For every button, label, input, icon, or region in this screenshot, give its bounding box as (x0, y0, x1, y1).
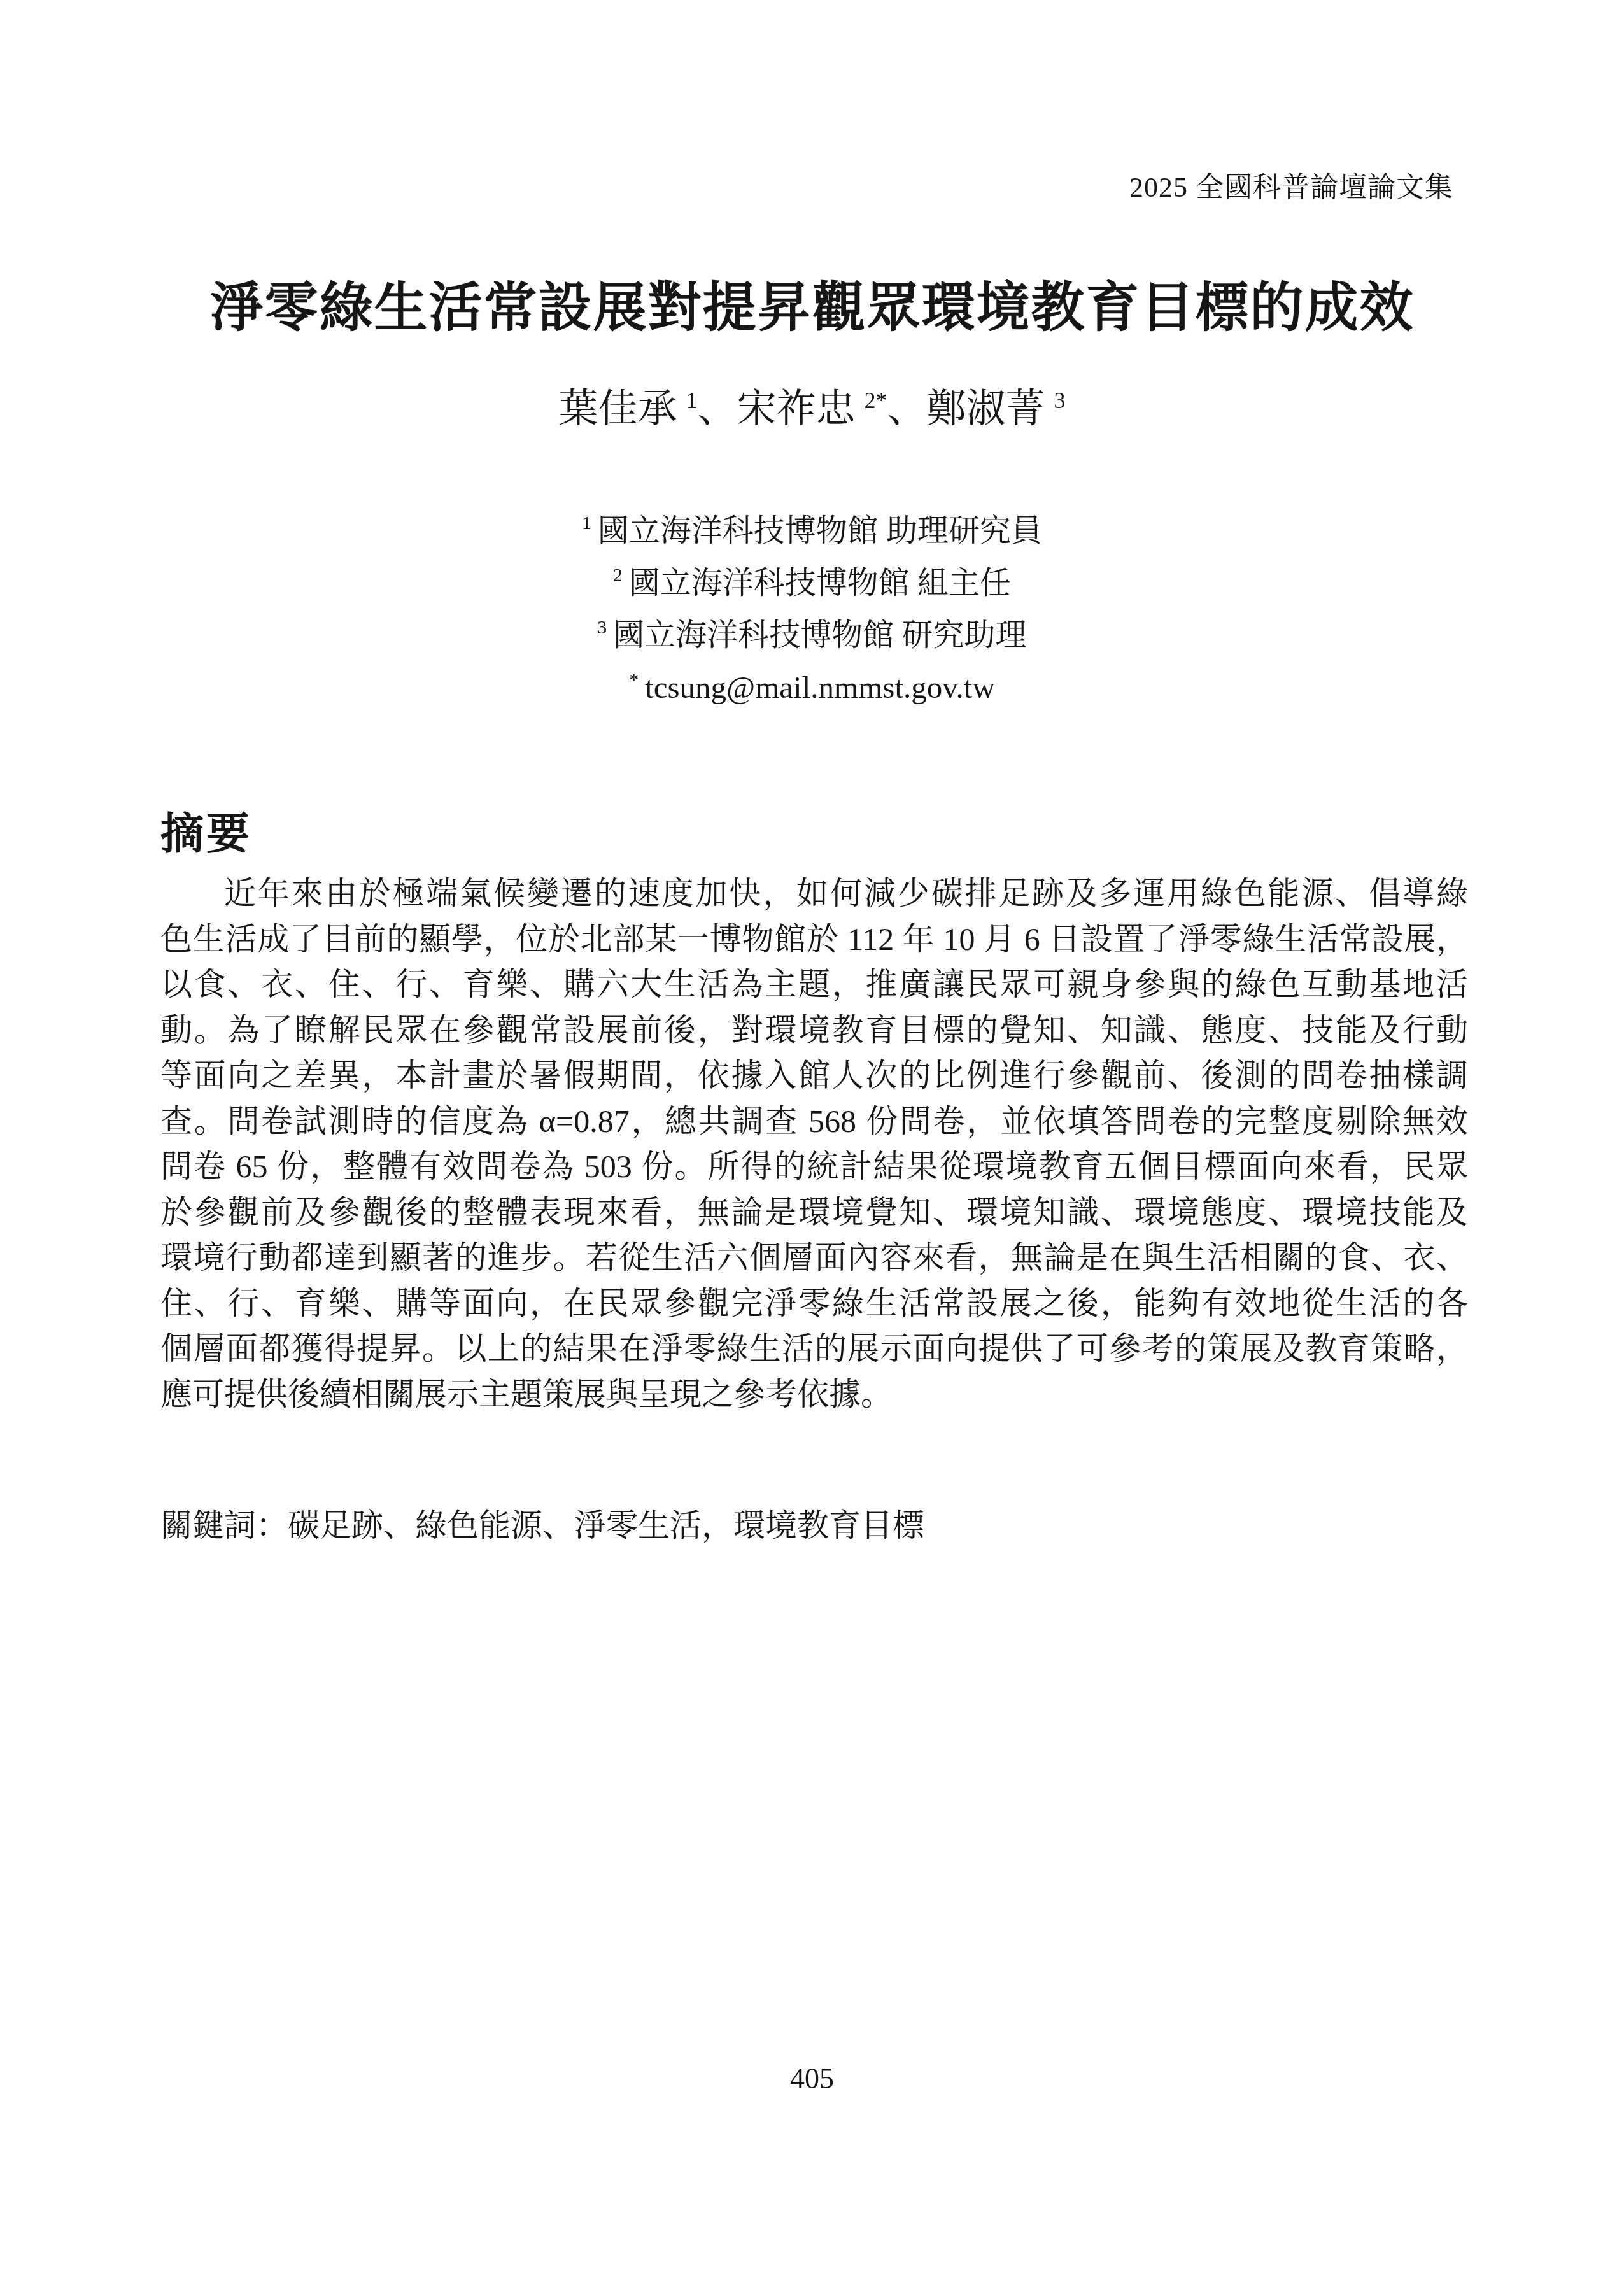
affiliations-block: 1國立海洋科技博物館 助理研究員 2國立海洋科技博物館 組主任 3國立海洋科技博… (0, 507, 1624, 716)
abstract-line: 近年來由於極端氣候變遷的速度加快，如何減少碳排足跡及多運用綠色能源、倡導綠 (160, 871, 1468, 917)
authors-line: 葉佳承1、宋祚忠2*、鄭淑菁3 (0, 377, 1624, 434)
paper-title: 淨零綠生活常設展對提昇觀眾環境教育目標的成效 (0, 265, 1624, 342)
abstract-line: 色生活成了目前的顯學，位於北部某一博物館於 112 年 10 月 6 日設置了淨… (160, 917, 1468, 963)
abstract-line: 問卷 65 份，整體有效問卷為 503 份。所得的統計結果從環境教育五個目標面向… (160, 1144, 1468, 1190)
author-separator: 、 (887, 388, 927, 431)
affiliation-marker: 3 (597, 617, 607, 638)
abstract-line: 環境行動都達到顯著的進步。若從生活六個層面內容來看，無論是在與生活相關的食、衣、 (160, 1235, 1468, 1281)
author-affiliation-marker: 3 (1054, 388, 1066, 413)
page-number: 405 (0, 2062, 1624, 2095)
author-affiliation-marker: 1 (686, 388, 697, 413)
paper-page: 2025 全國科普論壇論文集 淨零綠生活常設展對提昇觀眾環境教育目標的成效 葉佳… (0, 0, 1624, 2278)
abstract-line: 於參觀前及參觀後的整體表現來看，無論是環境覺知、環境知識、環境態度、環境技能及 (160, 1190, 1468, 1236)
abstract-line: 以食、衣、住、行、育樂、購六大生活為主題，推廣讓民眾可親身參與的綠色互動基地活 (160, 962, 1468, 1008)
conference-header: 2025 全國科普論壇論文集 (1129, 164, 1453, 205)
corresponding-email: *tcsung@mail.nmmst.gov.tw (0, 663, 1624, 716)
abstract-line: 查。問卷試測時的信度為 α=0.87，總共調查 568 份問卷，並依填答問卷的完… (160, 1099, 1468, 1145)
author-affiliation-marker: 2* (865, 388, 887, 413)
affiliation-line: 1國立海洋科技博物館 助理研究員 (0, 507, 1624, 559)
abstract-line: 應可提供後續相關展示主題策展與呈現之參考依據。 (160, 1372, 1468, 1418)
author-name: 宋祚忠2* (737, 388, 887, 431)
affiliation-line: 2國立海洋科技博物館 組主任 (0, 559, 1624, 611)
abstract-line: 個層面都獲得提昇。以上的結果在淨零綠生活的展示面向提供了可參考的策展及教育策略， (160, 1326, 1468, 1372)
abstract-body: 近年來由於極端氣候變遷的速度加快，如何減少碳排足跡及多運用綠色能源、倡導綠 色生… (160, 871, 1468, 1417)
author-separator: 、 (697, 388, 737, 431)
affiliation-marker: 1 (582, 513, 591, 534)
abstract-line: 住、行、育樂、購等面向，在民眾參觀完淨零綠生活常設展之後，能夠有效地從生活的各 (160, 1281, 1468, 1327)
abstract-line: 等面向之差異，本計畫於暑假期間，依據入館人次的比例進行參觀前、後測的問卷抽樣調 (160, 1053, 1468, 1099)
author-name: 鄭淑菁3 (927, 388, 1066, 431)
abstract-heading: 摘要 (160, 800, 252, 861)
affiliation-marker: 2 (613, 565, 623, 586)
author-name: 葉佳承1 (558, 388, 697, 431)
abstract-line: 動。為了瞭解民眾在參觀常設展前後，對環境教育目標的覺知、知識、態度、技能及行動 (160, 1008, 1468, 1054)
affiliation-line: 3國立海洋科技博物館 研究助理 (0, 611, 1624, 663)
keywords-line: 關鍵詞：碳足跡、綠色能源、淨零生活，環境教育目標 (160, 1500, 924, 1546)
corresponding-marker: * (629, 669, 639, 690)
